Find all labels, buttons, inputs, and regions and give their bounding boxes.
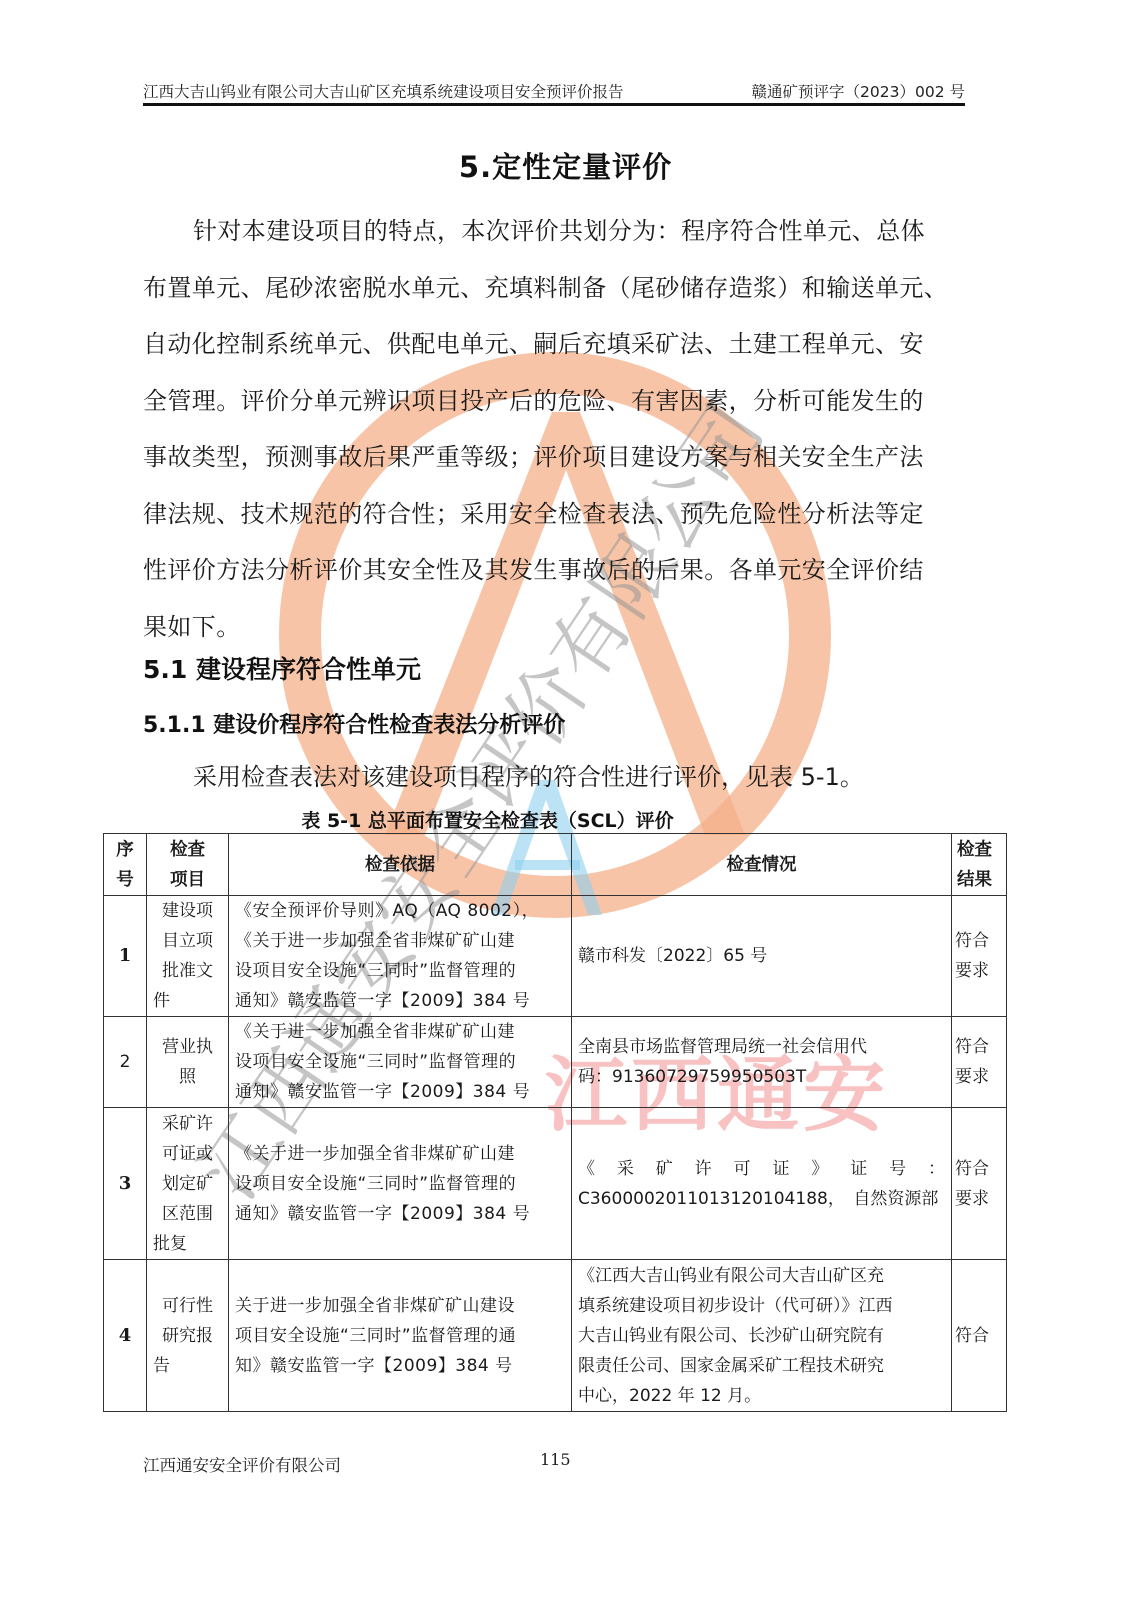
cell-status: 全南县市场监督管理局统一社会信用代 码：91360729759950503T: [572, 1017, 952, 1108]
cell-result: 符合 要求: [952, 1017, 1007, 1108]
cell-no: 1: [104, 896, 147, 1017]
page-number: 115: [540, 1450, 571, 1469]
header-basis: 检查依据: [229, 834, 572, 896]
cell-result: 符合 要求: [952, 896, 1007, 1017]
cell-item: 采矿许 可证或 划定矿 区范围 批复: [147, 1108, 229, 1260]
section-heading-5-1-1: 5.1.1 建设价程序符合性检查表法分析评价: [143, 708, 565, 739]
intro-paragraph: 针对本建设项目的特点，本次评价共划分为：程序符合性单元、总体 布置单元、尾砂浓密…: [143, 203, 965, 655]
header-item: 检查 项目: [147, 834, 229, 896]
cell-status: 《 采 矿 许 可 证 》 证 号 ： C3600002011013120104…: [572, 1108, 952, 1260]
cell-no: 3: [104, 1108, 147, 1260]
paragraph-line: 律法规、技术规范的符合性；采用安全检查表法、预先危险性分析法等定: [143, 486, 965, 543]
table-row: 2 营业执 照 《关于进一步加强全省非煤矿矿山建 设项目安全设施“三同时”监督管…: [104, 1017, 1007, 1108]
cell-basis: 《关于进一步加强全省非煤矿矿山建 设项目安全设施“三同时”监督管理的 通知》赣安…: [229, 1017, 572, 1108]
paragraph-line: 全管理。评价分单元辨识项目投产后的危险、有害因素，分析可能发生的: [143, 373, 965, 430]
header-result: 检查 结果: [952, 834, 1007, 896]
cell-no: 4: [104, 1260, 147, 1412]
cell-item: 建设项 目立项 批准文 件: [147, 896, 229, 1017]
paragraph-line: 果如下。: [143, 599, 965, 656]
cell-basis: 《安全预评价导则》AQ（AQ 8002）， 《关于进一步加强全省非煤矿矿山建 设…: [229, 896, 572, 1017]
table-row: 1 建设项 目立项 批准文 件 《安全预评价导则》AQ（AQ 8002）， 《关…: [104, 896, 1007, 1017]
running-header: 江西大吉山钨业有限公司大吉山矿区充填系统建设项目安全预评价报告 赣通矿预评字（2…: [143, 78, 965, 102]
scl-table: 序 号 检查 项目 检查依据 检查情况 检查 结果 1 建设项: [103, 833, 1007, 1412]
table-row: 4 可行性 研究报 告 关于进一步加强全省非煤矿矿山建设 项目安全设施“三同时”…: [104, 1260, 1007, 1412]
cell-status: 赣市科发〔2022〕65 号: [572, 896, 952, 1017]
section-heading-5-1: 5.1 建设程序符合性单元: [143, 650, 421, 686]
paragraph-line: 事故类型，预测事故后果严重等级；评价项目建设方案与相关安全生产法: [143, 429, 965, 486]
header-status: 检查情况: [572, 834, 952, 896]
cell-item: 营业执 照: [147, 1017, 229, 1108]
header-no: 序 号: [104, 834, 147, 896]
table-row: 3 采矿许 可证或 划定矿 区范围 批复 《关于进一步加强全省非煤矿矿山建 设项…: [104, 1108, 1007, 1260]
cell-no: 2: [104, 1017, 147, 1108]
cell-status: 《江西大吉山钨业有限公司大吉山矿区充 填系统建设项目初步设计（代可研）》江西 大…: [572, 1260, 952, 1412]
table-header-row: 序 号 检查 项目 检查依据 检查情况 检查 结果: [104, 834, 1007, 896]
paragraph-line: 针对本建设项目的特点，本次评价共划分为：程序符合性单元、总体: [143, 203, 965, 260]
cell-basis: 《关于进一步加强全省非煤矿矿山建 设项目安全设施“三同时”监督管理的 通知》赣安…: [229, 1108, 572, 1260]
table-caption: 表 5-1 总平面布置安全检查表（SCL）评价: [0, 806, 975, 833]
chapter-title: 5.定性定量评价: [0, 145, 1131, 186]
paragraph-line: 性评价方法分析评价其安全性及其发生事故后的后果。各单元安全评价结: [143, 542, 965, 599]
paragraph-line: 自动化控制系统单元、供配电单元、嗣后充填采矿法、土建工程单元、安: [143, 316, 965, 373]
doc-number: 赣通矿预评字（2023）002 号: [752, 80, 965, 102]
cell-result: 符合 要求: [952, 1108, 1007, 1260]
footer-company: 江西通安安全评价有限公司: [143, 1452, 341, 1476]
cell-result: 符合: [952, 1260, 1007, 1412]
report-title: 江西大吉山钨业有限公司大吉山矿区充填系统建设项目安全预评价报告: [143, 80, 624, 102]
header-rule: [143, 103, 965, 106]
document-page: 江西通安安全评价有限公司 江西通安 江西大吉山钨业有限公司大吉山矿区充填系统建设…: [0, 0, 1131, 1600]
cell-basis: 关于进一步加强全省非煤矿矿山建设 项目安全设施“三同时”监督管理的通 知》赣安监…: [229, 1260, 572, 1412]
section-intro-text: 采用检查表法对该建设项目程序的符合性进行评价，见表 5-1。: [193, 757, 864, 792]
paragraph-line: 布置单元、尾砂浓密脱水单元、充填料制备（尾砂储存造浆）和输送单元、: [143, 260, 965, 317]
cell-item: 可行性 研究报 告: [147, 1260, 229, 1412]
